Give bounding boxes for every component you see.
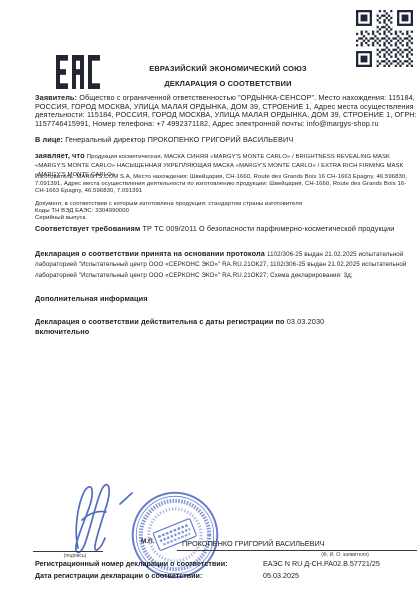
applicant-paragraph: Заявитель: Общество с ограниченной ответ… <box>35 94 417 129</box>
compliance-text: ТР ТС 009/2011 О безопасности парфюмерно… <box>142 224 394 233</box>
tnved-text: Коды ТН ВЭД ЕАЭС: 3304990000 <box>35 208 129 214</box>
protocol-paragraph: Декларация о соответствии принята на осн… <box>35 249 417 280</box>
validity-label: Декларация о соответствии действительна … <box>35 317 285 326</box>
additional-info-label: Дополнительная информация <box>35 295 417 304</box>
handwritten-signature <box>58 480 163 562</box>
registration-date-value: 05.03.2025 <box>263 571 299 580</box>
qr-code <box>356 10 413 67</box>
issue-type-line: Серийный выпуск. <box>35 215 417 222</box>
manufacturer-text: Изготовитель: MARGYS.COM S.A, Место нахо… <box>35 174 407 194</box>
manufacturer-paragraph: Изготовитель: MARGYS.COM S.A, Место нахо… <box>35 174 417 195</box>
page-title: ДЕКЛАРАЦИЯ О СООТВЕТСТВИИ <box>108 79 348 88</box>
person-label: В лице: <box>35 135 63 144</box>
applicant-text: Общество с ограниченной ответственностью… <box>35 93 417 128</box>
eac-logo <box>56 55 100 89</box>
signature-line <box>33 551 103 552</box>
stamp-place-label: М.П. <box>141 538 154 545</box>
union-title: ЕВРАЗИЙСКИЙ ЭКОНОМИЧЕСКИЙ СОЮЗ <box>108 64 348 73</box>
compliance-label: Соответствует требованиям <box>35 224 140 233</box>
document-header: ЕВРАЗИЙСКИЙ ЭКОНОМИЧЕСКИЙ СОЮЗ ДЕКЛАРАЦИ… <box>108 64 348 88</box>
applicant-label: Заявитель: <box>35 93 77 102</box>
signer-name: ПРОКОПЕНКО ГРИГОРИЙ ВАСИЛЬЕВИЧ <box>182 539 325 548</box>
declares-label: заявляет, что <box>35 151 85 160</box>
tnved-line: Коды ТН ВЭД ЕАЭС: 3304990000 <box>35 208 417 215</box>
name-line <box>177 550 417 551</box>
person-text: Генеральный директор ПРОКОПЕНКО ГРИГОРИЙ… <box>65 135 293 144</box>
basis-document-line: Документ, в соответствии с которым изгот… <box>35 201 417 208</box>
validity-suffix: включительно <box>35 327 89 336</box>
name-caption: (Ф. И. О. заявителя) <box>300 552 390 558</box>
protocol-label: Декларация о соответствии принята на осн… <box>35 249 265 258</box>
person-paragraph: В лице: Генеральный директор ПРОКОПЕНКО … <box>35 136 417 145</box>
validity-paragraph: Декларация о соответствии действительна … <box>35 317 353 337</box>
registration-date-label: Дата регистрации декларации о соответств… <box>35 571 202 580</box>
basis-document-text: Документ, в соответствии с которым изгот… <box>35 201 302 207</box>
registration-number-label: Регистрационный номер декларации о соотв… <box>35 559 228 568</box>
declaration-document: ЕВРАЗИЙСКИЙ ЭКОНОМИЧЕСКИЙ СОЮЗ ДЕКЛАРАЦИ… <box>0 0 420 594</box>
issue-type-text: Серийный выпуск. <box>35 215 87 221</box>
compliance-paragraph: Соответствует требованиям ТР ТС 009/2011… <box>35 224 407 234</box>
eac-logo-glyphs <box>56 55 100 89</box>
validity-date: 03.03.2030 <box>287 317 325 326</box>
registration-number-value: ЕАЭС N RU Д-CH.РА02.В.57721/25 <box>263 559 380 568</box>
